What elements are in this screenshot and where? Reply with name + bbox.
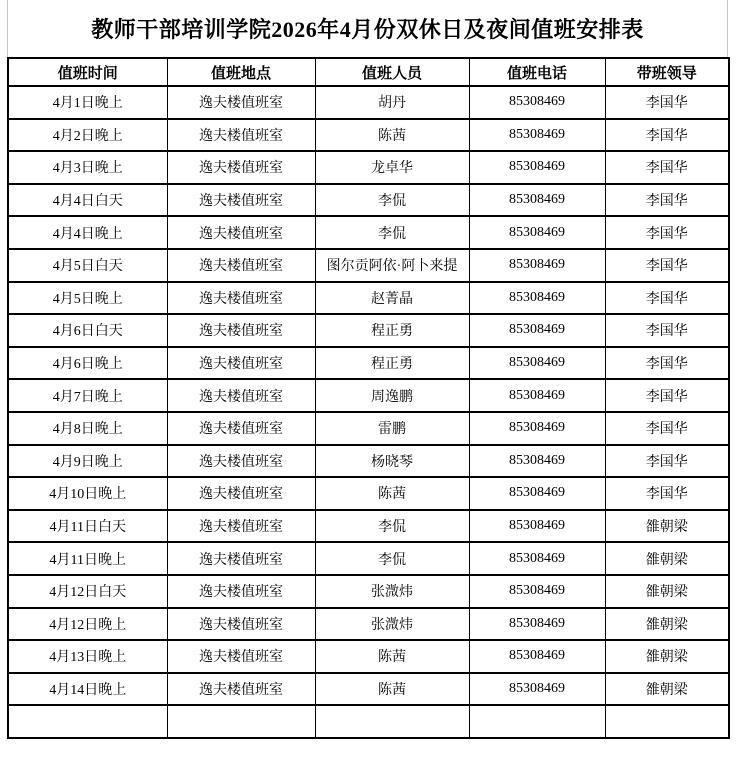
cell-duty-person: 雷鹏	[315, 412, 469, 445]
cell-duty-phone: 85308469	[469, 249, 605, 282]
cell-duty-leader: 李国华	[605, 477, 729, 510]
cell-duty-place: 逸夫楼值班室	[167, 347, 315, 380]
table-row: 4月11日白天逸夫楼值班室李侃85308469雒朝梁	[8, 510, 729, 543]
header-cell-duty-leader: 带班领导	[605, 58, 729, 86]
cell-duty-time: 4月6日白天	[8, 314, 167, 347]
cell-duty-person: 陈茜	[315, 673, 469, 706]
cell-duty-person: 李侃	[315, 510, 469, 543]
table-row: 4月4日白天逸夫楼值班室李侃85308469李国华	[8, 184, 729, 217]
cell-duty-leader: 李国华	[605, 314, 729, 347]
cell-duty-phone: 85308469	[469, 445, 605, 478]
table-row-partial	[8, 705, 729, 738]
cell-duty-time: 4月3日晚上	[8, 151, 167, 184]
cell-duty-phone: 85308469	[469, 608, 605, 641]
cell-duty-place: 逸夫楼值班室	[167, 673, 315, 706]
cell-duty-phone: 85308469	[469, 184, 605, 217]
title-band: 教师干部培训学院2026年4月份双休日及夜间值班安排表	[7, 0, 728, 57]
cell-duty-time: 4月7日晚上	[8, 379, 167, 412]
table-row: 4月14日晚上逸夫楼值班室陈茜85308469雒朝梁	[8, 673, 729, 706]
cell-duty-phone: 85308469	[469, 575, 605, 608]
cell-duty-time: 4月11日白天	[8, 510, 167, 543]
cell-duty-phone: 85308469	[469, 379, 605, 412]
cell-duty-place: 逸夫楼值班室	[167, 640, 315, 673]
cell-empty	[8, 705, 167, 738]
table-row: 4月6日白天逸夫楼值班室程正勇85308469李国华	[8, 314, 729, 347]
cell-duty-time: 4月8日晚上	[8, 412, 167, 445]
cell-duty-leader: 雒朝梁	[605, 510, 729, 543]
cell-duty-time: 4月13日晚上	[8, 640, 167, 673]
cell-duty-place: 逸夫楼值班室	[167, 542, 315, 575]
cell-duty-time: 4月11日晚上	[8, 542, 167, 575]
cell-duty-person: 胡丹	[315, 86, 469, 119]
cell-duty-leader: 雒朝梁	[605, 673, 729, 706]
cell-duty-place: 逸夫楼值班室	[167, 216, 315, 249]
cell-duty-phone: 85308469	[469, 282, 605, 315]
cell-duty-place: 逸夫楼值班室	[167, 477, 315, 510]
cell-empty	[469, 705, 605, 738]
table-row: 4月5日晚上逸夫楼值班室赵菁晶85308469李国华	[8, 282, 729, 315]
cell-duty-leader: 雒朝梁	[605, 575, 729, 608]
table-row: 4月1日晚上逸夫楼值班室胡丹85308469李国华	[8, 86, 729, 119]
header-cell-duty-place: 值班地点	[167, 58, 315, 86]
cell-duty-phone: 85308469	[469, 347, 605, 380]
cell-duty-place: 逸夫楼值班室	[167, 282, 315, 315]
cell-duty-place: 逸夫楼值班室	[167, 575, 315, 608]
duty-schedule-table: 值班时间 值班地点 值班人员 值班电话 带班领导 4月1日晚上逸夫楼值班室胡丹8…	[7, 57, 730, 739]
cell-duty-time: 4月5日白天	[8, 249, 167, 282]
cell-duty-leader: 雒朝梁	[605, 640, 729, 673]
cell-duty-person: 周逸鹏	[315, 379, 469, 412]
table-row: 4月11日晚上逸夫楼值班室李侃85308469雒朝梁	[8, 542, 729, 575]
cell-duty-phone: 85308469	[469, 314, 605, 347]
cell-duty-phone: 85308469	[469, 216, 605, 249]
cell-empty	[605, 705, 729, 738]
table-row: 4月4日晚上逸夫楼值班室李侃85308469李国华	[8, 216, 729, 249]
cell-duty-leader: 李国华	[605, 249, 729, 282]
cell-duty-place: 逸夫楼值班室	[167, 151, 315, 184]
cell-duty-leader: 李国华	[605, 151, 729, 184]
cell-duty-person: 龙卓华	[315, 151, 469, 184]
cell-duty-phone: 85308469	[469, 412, 605, 445]
table-row: 4月12日晚上逸夫楼值班室张溦炜85308469雒朝梁	[8, 608, 729, 641]
table-row: 4月13日晚上逸夫楼值班室陈茜85308469雒朝梁	[8, 640, 729, 673]
cell-duty-place: 逸夫楼值班室	[167, 445, 315, 478]
cell-duty-person: 陈茜	[315, 119, 469, 152]
cell-duty-time: 4月14日晚上	[8, 673, 167, 706]
cell-duty-person: 李侃	[315, 216, 469, 249]
cell-duty-leader: 李国华	[605, 412, 729, 445]
cell-duty-place: 逸夫楼值班室	[167, 314, 315, 347]
cell-duty-time: 4月5日晚上	[8, 282, 167, 315]
table-row: 4月6日晚上逸夫楼值班室程正勇85308469李国华	[8, 347, 729, 380]
cell-duty-place: 逸夫楼值班室	[167, 510, 315, 543]
cell-duty-phone: 85308469	[469, 119, 605, 152]
table-header-row: 值班时间 值班地点 值班人员 值班电话 带班领导	[8, 58, 729, 86]
cell-duty-person: 张溦炜	[315, 608, 469, 641]
cell-duty-time: 4月12日白天	[8, 575, 167, 608]
cell-duty-leader: 李国华	[605, 282, 729, 315]
header-cell-duty-person: 值班人员	[315, 58, 469, 86]
cell-duty-leader: 李国华	[605, 445, 729, 478]
cell-duty-phone: 85308469	[469, 151, 605, 184]
cell-duty-time: 4月4日白天	[8, 184, 167, 217]
table-row: 4月5日白天逸夫楼值班室图尔贡阿依·阿卜来提85308469李国华	[8, 249, 729, 282]
header-cell-duty-time: 值班时间	[8, 58, 167, 86]
cell-empty	[315, 705, 469, 738]
cell-duty-phone: 85308469	[469, 542, 605, 575]
cell-duty-phone: 85308469	[469, 673, 605, 706]
cell-duty-place: 逸夫楼值班室	[167, 379, 315, 412]
cell-duty-time: 4月12日晚上	[8, 608, 167, 641]
table-row: 4月7日晚上逸夫楼值班室周逸鹏85308469李国华	[8, 379, 729, 412]
page-title: 教师干部培训学院2026年4月份双休日及夜间值班安排表	[91, 13, 644, 44]
cell-duty-leader: 李国华	[605, 119, 729, 152]
cell-duty-phone: 85308469	[469, 510, 605, 543]
cell-duty-leader: 雒朝梁	[605, 542, 729, 575]
header-cell-duty-phone: 值班电话	[469, 58, 605, 86]
table-row: 4月2日晚上逸夫楼值班室陈茜85308469李国华	[8, 119, 729, 152]
table-row: 4月10日晚上逸夫楼值班室陈茜85308469李国华	[8, 477, 729, 510]
cell-duty-person: 陈茜	[315, 640, 469, 673]
cell-duty-person: 图尔贡阿依·阿卜来提	[315, 249, 469, 282]
cell-empty	[167, 705, 315, 738]
cell-duty-leader: 雒朝梁	[605, 608, 729, 641]
table-row: 4月8日晚上逸夫楼值班室雷鹏85308469李国华	[8, 412, 729, 445]
cell-duty-phone: 85308469	[469, 640, 605, 673]
cell-duty-person: 程正勇	[315, 314, 469, 347]
cell-duty-place: 逸夫楼值班室	[167, 249, 315, 282]
cell-duty-place: 逸夫楼值班室	[167, 119, 315, 152]
cell-duty-leader: 李国华	[605, 216, 729, 249]
cell-duty-place: 逸夫楼值班室	[167, 608, 315, 641]
table-row: 4月3日晚上逸夫楼值班室龙卓华85308469李国华	[8, 151, 729, 184]
cell-duty-place: 逸夫楼值班室	[167, 86, 315, 119]
cell-duty-place: 逸夫楼值班室	[167, 412, 315, 445]
cell-duty-leader: 李国华	[605, 86, 729, 119]
table-row: 4月12日白天逸夫楼值班室张溦炜85308469雒朝梁	[8, 575, 729, 608]
cell-duty-time: 4月1日晚上	[8, 86, 167, 119]
table-body: 4月1日晚上逸夫楼值班室胡丹85308469李国华4月2日晚上逸夫楼值班室陈茜8…	[8, 86, 729, 738]
cell-duty-person: 李侃	[315, 542, 469, 575]
cell-duty-place: 逸夫楼值班室	[167, 184, 315, 217]
cell-duty-person: 陈茜	[315, 477, 469, 510]
cell-duty-person: 张溦炜	[315, 575, 469, 608]
cell-duty-leader: 李国华	[605, 184, 729, 217]
cell-duty-time: 4月4日晚上	[8, 216, 167, 249]
sheet: 教师干部培训学院2026年4月份双休日及夜间值班安排表 值班时间 值班地点 值班…	[0, 0, 736, 760]
cell-duty-person: 赵菁晶	[315, 282, 469, 315]
cell-duty-leader: 李国华	[605, 347, 729, 380]
cell-duty-person: 李侃	[315, 184, 469, 217]
table-row: 4月9日晚上逸夫楼值班室杨晓琴85308469李国华	[8, 445, 729, 478]
cell-duty-time: 4月9日晚上	[8, 445, 167, 478]
cell-duty-phone: 85308469	[469, 86, 605, 119]
cell-duty-time: 4月6日晚上	[8, 347, 167, 380]
cell-duty-phone: 85308469	[469, 477, 605, 510]
cell-duty-time: 4月10日晚上	[8, 477, 167, 510]
cell-duty-person: 杨晓琴	[315, 445, 469, 478]
cell-duty-leader: 李国华	[605, 379, 729, 412]
cell-duty-time: 4月2日晚上	[8, 119, 167, 152]
cell-duty-person: 程正勇	[315, 347, 469, 380]
